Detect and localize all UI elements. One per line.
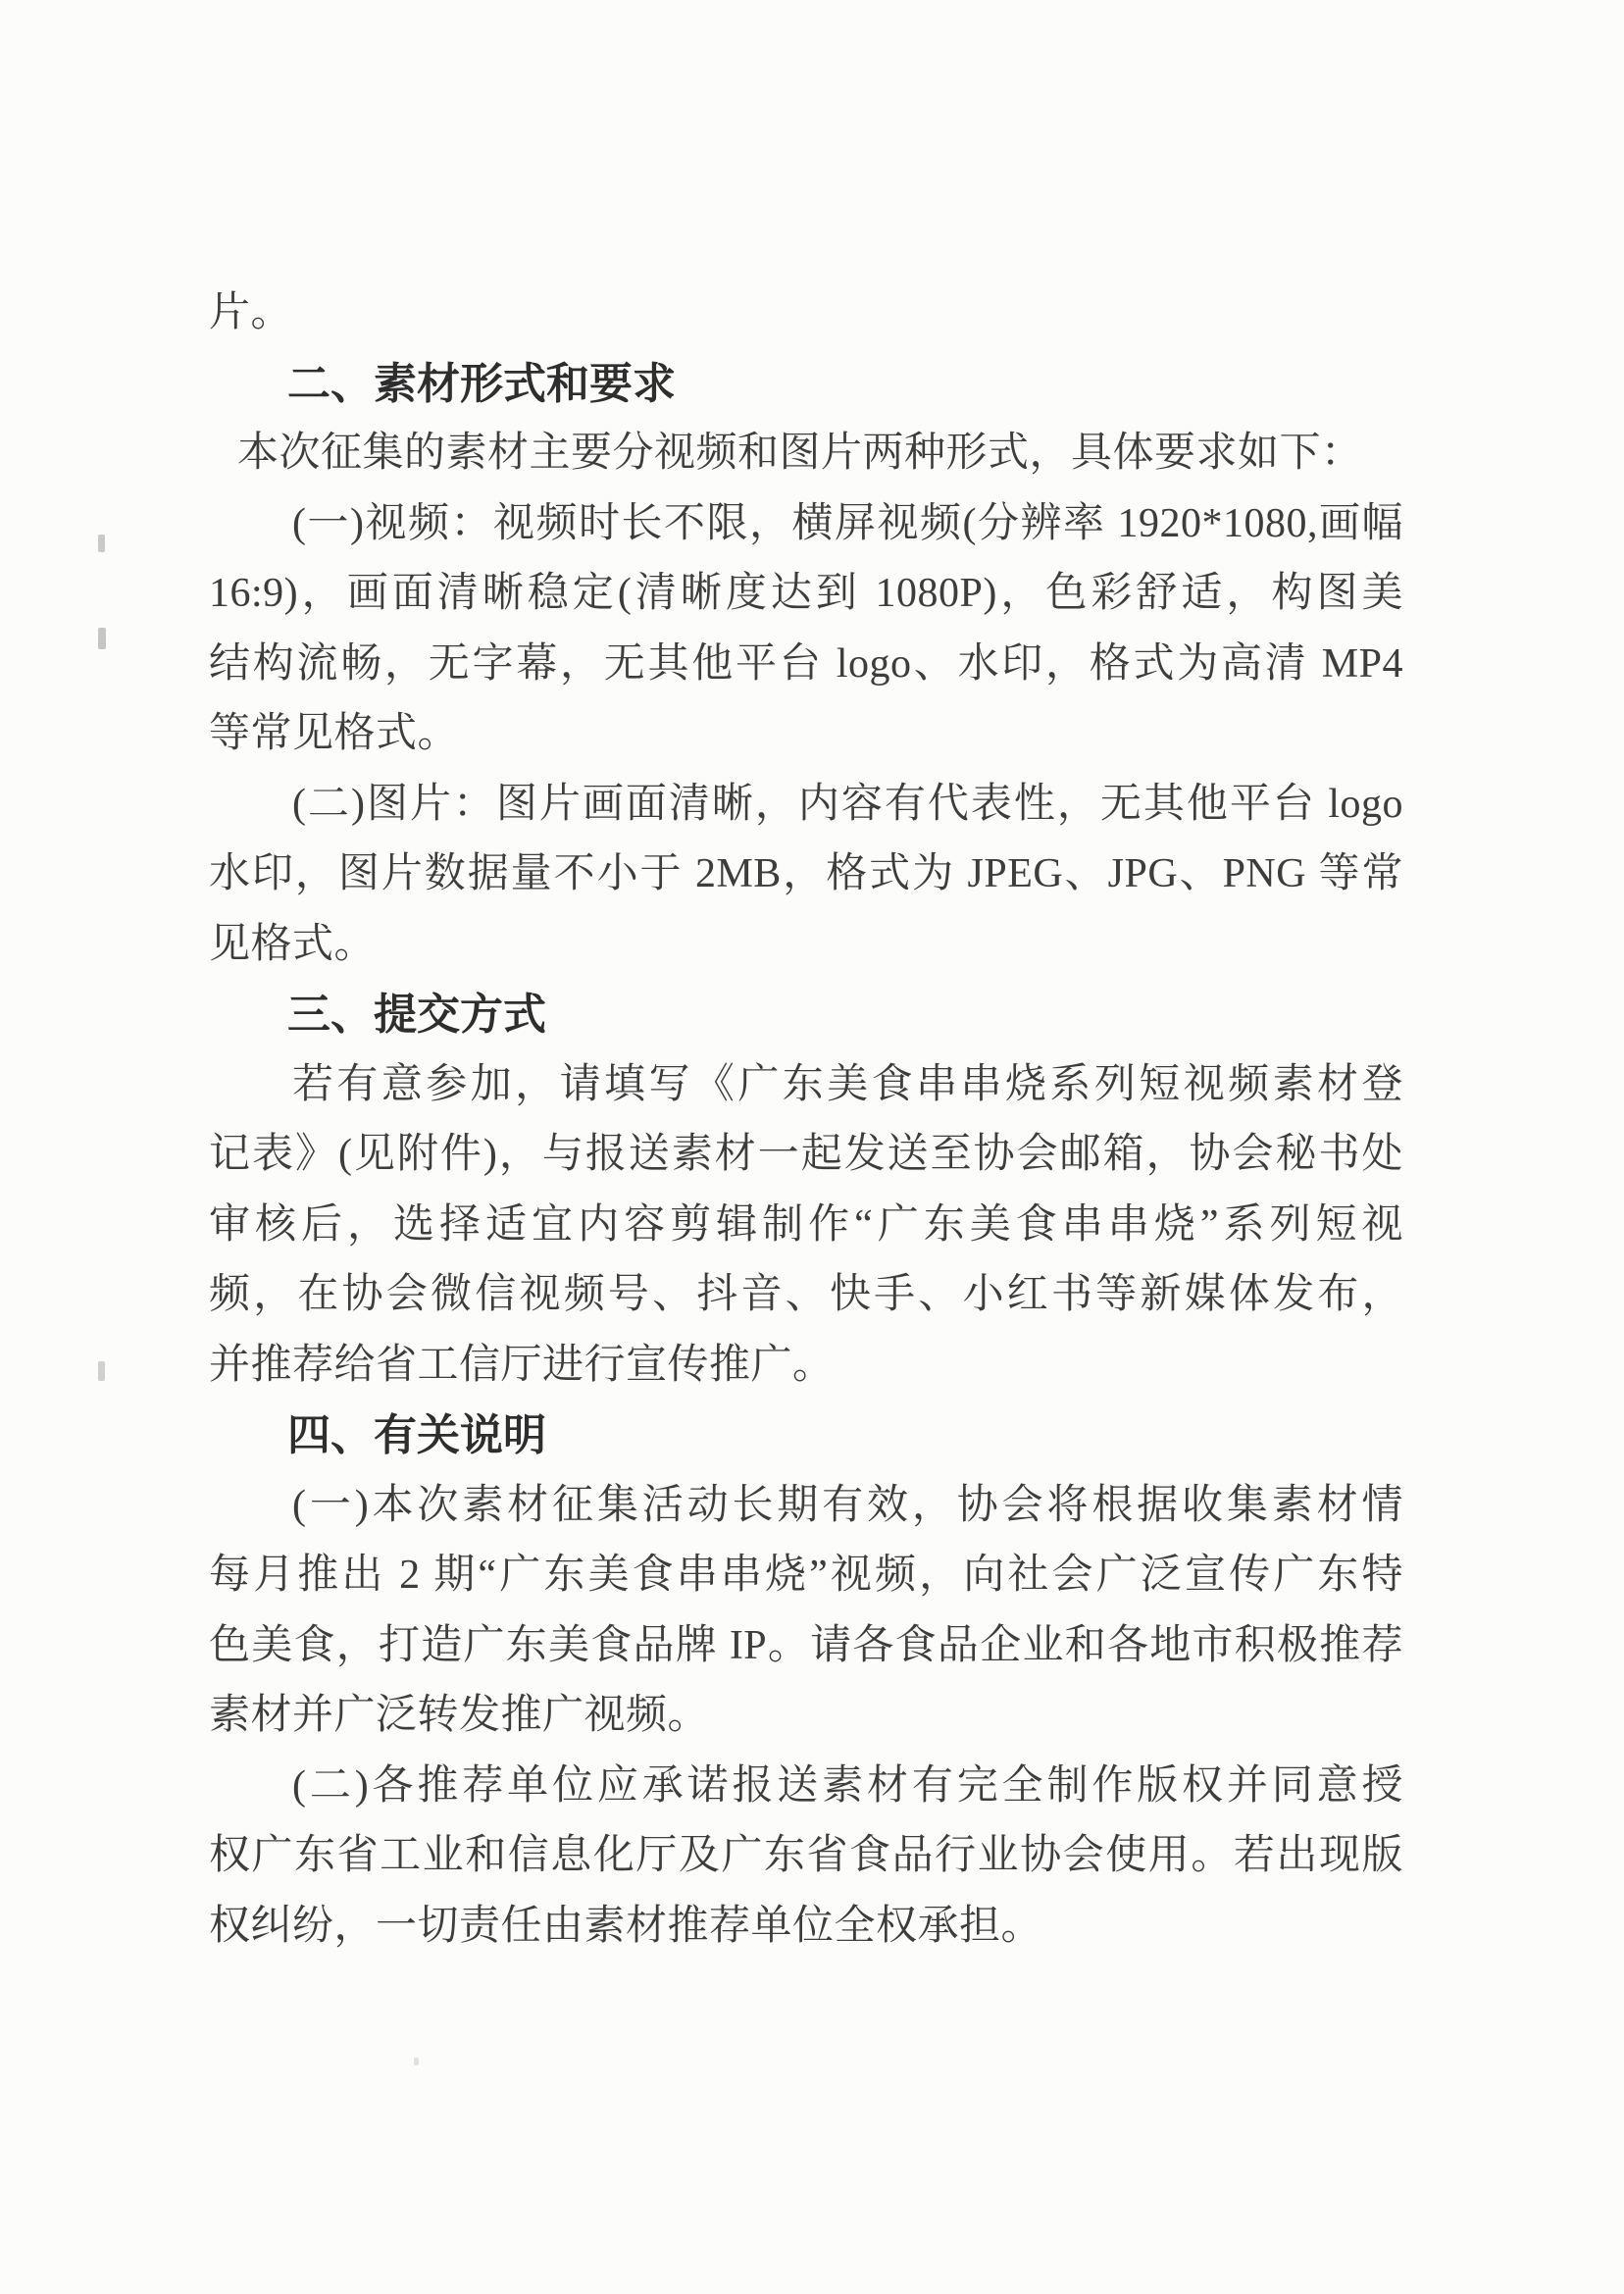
document-section: 三、提交方式 若有意参加，请填写《广东美食串串烧系列短视频素材登 记表》(见附件… — [209, 980, 1403, 1401]
section-heading: 三、提交方式 — [209, 980, 1403, 1050]
document-line: 色美食，打造广东美食品牌 IP。请各食品企业和各地市积极推荐 — [209, 1611, 1403, 1682]
document-line: 见格式。 — [209, 910, 1403, 981]
document-line: 等常见格式。 — [209, 699, 1403, 770]
document-section: 二、素材形式和要求 本次征集的素材主要分视频和图片两种形式，具体要求如下： (一… — [209, 349, 1403, 981]
document-line: 审核后，选择适宜内容剪辑制作“广东美食串串烧”系列短视 — [209, 1191, 1403, 1261]
document-line: (二)各推荐单位应承诺报送素材有完全制作版权并同意授 — [209, 1752, 1403, 1822]
section-lines: 本次征集的素材主要分视频和图片两种形式，具体要求如下： (一)视频：视频时长不限… — [209, 419, 1403, 980]
document-line: (一)本次素材征集活动长期有效，协会将根据收集素材情况， — [209, 1471, 1403, 1542]
document-page: 片。 二、素材形式和要求 本次征集的素材主要分视频和图片两种形式，具体要求如下：… — [0, 0, 1624, 2294]
section-heading: 四、有关说明 — [209, 1401, 1403, 1471]
section-heading: 二、素材形式和要求 — [209, 349, 1403, 420]
document-line: 权纠纷，一切责任由素材推荐单位全权承担。 — [209, 1892, 1403, 1963]
scan-artifact — [98, 628, 106, 649]
document-line: 每月推出 2 期“广东美食串串烧”视频，向社会广泛宣传广东特 — [209, 1541, 1403, 1611]
document-body: 片。 二、素材形式和要求 本次征集的素材主要分视频和图片两种形式，具体要求如下：… — [209, 279, 1403, 1962]
section-lines: (一)本次素材征集活动长期有效，协会将根据收集素材情况， 每月推出 2 期“广东… — [209, 1471, 1403, 1963]
document-line: 16:9)，画面清晰稳定(清晰度达到 1080P)，色彩舒适，构图美观， — [209, 559, 1403, 630]
document-line: 水印，图片数据量不小于 2MB，格式为 JPEG、JPG、PNG 等常 — [209, 840, 1403, 910]
document-section: 四、有关说明 (一)本次素材征集活动长期有效，协会将根据收集素材情况， 每月推出… — [209, 1401, 1403, 1962]
document-line: 素材并广泛转发推广视频。 — [209, 1681, 1403, 1752]
page-continuation-line: 片。 — [209, 279, 1403, 349]
section-lines: 若有意参加，请填写《广东美食串串烧系列短视频素材登 记表》(见附件)，与报送素材… — [209, 1050, 1403, 1402]
document-line: 若有意参加，请填写《广东美食串串烧系列短视频素材登 — [209, 1050, 1403, 1121]
document-line: 并推荐给省工信厅进行宣传推广。 — [209, 1331, 1403, 1402]
document-line: 频，在协会微信视频号、抖音、快手、小红书等新媒体发布， — [209, 1260, 1403, 1331]
document-line: 本次征集的素材主要分视频和图片两种形式，具体要求如下： — [209, 419, 1403, 489]
document-line: 结构流畅，无字幕，无其他平台 logo、水印，格式为高清 MP4 — [209, 630, 1403, 700]
scan-artifact — [414, 2058, 419, 2065]
document-line: 记表》(见附件)，与报送素材一起发送至协会邮箱，协会秘书处 — [209, 1120, 1403, 1191]
document-line: (一)视频：视频时长不限，横屏视频(分辨率 1920*1080,画幅 — [209, 489, 1403, 560]
scan-artifact — [98, 535, 105, 552]
document-line: (二)图片：图片画面清晰，内容有代表性，无其他平台 logo — [209, 770, 1403, 841]
document-line: 权广东省工业和信息化厅及广东省食品行业协会使用。若出现版 — [209, 1821, 1403, 1892]
scan-artifact — [98, 1361, 105, 1381]
